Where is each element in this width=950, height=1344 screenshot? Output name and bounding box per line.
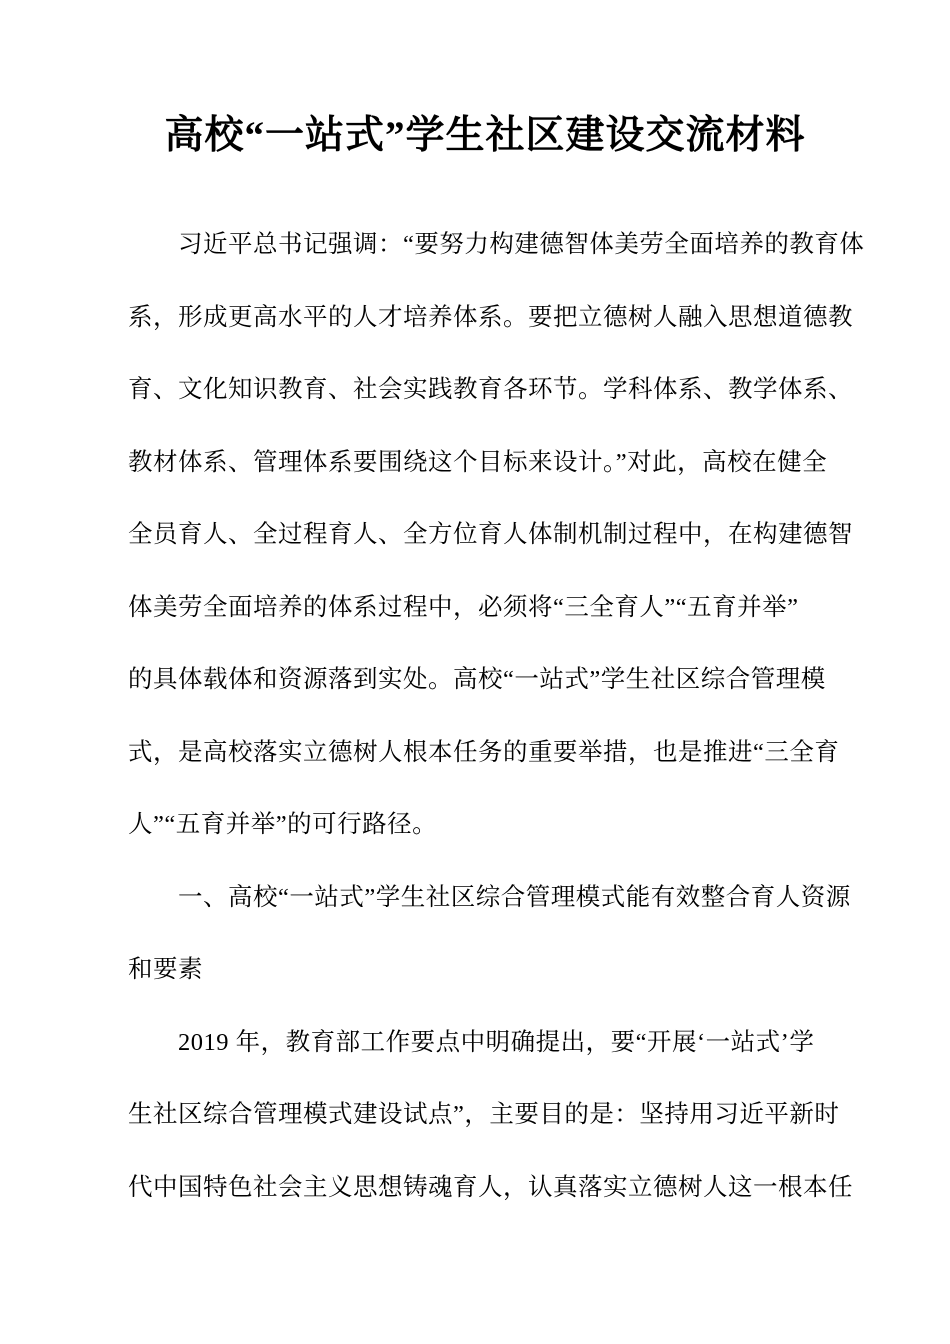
text-line: 代中国特色社会主义思想铸魂育人，认真落实立德树人这一根本任	[128, 1152, 842, 1225]
text-line: 生社区综合管理模式建设试点”，主要目的是：坚持用习近平新时	[128, 1079, 842, 1152]
document-title: 高校“一站式”学生社区建设交流材料	[128, 106, 842, 166]
document-body: 习近平总书记强调：“要努力构建德智体美劳全面培养的教育体系，形成更高水平的人才培…	[128, 209, 842, 1224]
text-line: 习近平总书记强调：“要努力构建德智体美劳全面培养的教育体	[128, 209, 842, 282]
text-line: 和要素	[128, 934, 842, 1007]
text-line: 2019 年，教育部工作要点中明确提出，要“开展‘一站式’学	[128, 1007, 842, 1080]
document-page: 高校“一站式”学生社区建设交流材料 习近平总书记强调：“要努力构建德智体美劳全面…	[0, 0, 950, 1344]
text-line: 人”“五育并举”的可行路径。	[128, 789, 842, 862]
text-line: 育、文化知识教育、社会实践教育各环节。学科体系、教学体系、	[128, 354, 842, 427]
text-line: 一、高校“一站式”学生社区综合管理模式能有效整合育人资源	[128, 862, 842, 935]
text-line: 系，形成更高水平的人才培养体系。要把立德树人融入思想道德教	[128, 282, 842, 355]
text-line: 教材体系、管理体系要围绕这个目标来设计。”对此，高校在健全	[128, 427, 842, 500]
text-line: 体美劳全面培养的体系过程中，必须将“三全育人”“五育并举”	[128, 572, 842, 645]
text-line: 式，是高校落实立德树人根本任务的重要举措，也是推进“三全育	[128, 717, 842, 790]
text-line: 全员育人、全过程育人、全方位育人体制机制过程中，在构建德智	[128, 499, 842, 572]
text-line: 的具体载体和资源落到实处。高校“一站式”学生社区综合管理模	[128, 644, 842, 717]
